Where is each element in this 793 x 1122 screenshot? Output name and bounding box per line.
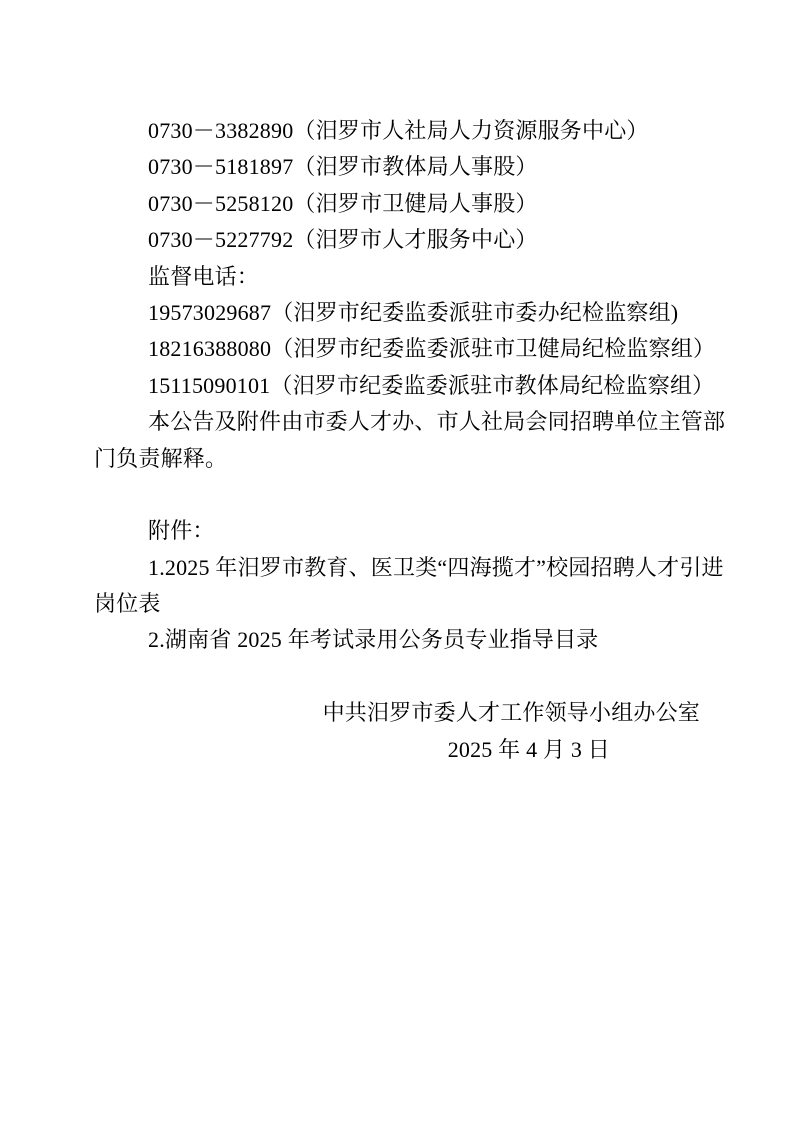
interpretation-note-line1: 本公告及附件由市委人才办、市人社局会同招聘单位主管部 [94,404,700,440]
interpretation-note-line2: 门负责解释。 [94,441,700,477]
supervision-phone-line: 15115090101（汨罗市纪委监委派驻市教体局纪检监察组） [94,368,700,404]
attachments-label: 附件： [94,513,700,549]
contact-phone-line: 0730－5258120（汨罗市卫健局人事股） [94,186,700,222]
blank-line [94,659,700,695]
attachment-item1-line2: 岗位表 [94,586,700,622]
document-page: 0730－3382890（汨罗市人社局人力资源服务中心） 0730－518189… [0,0,793,1122]
supervision-phone-line: 18216388080（汨罗市纪委监委派驻市卫健局纪检监察组） [94,331,700,367]
signature-organization: 中共汨罗市委人才工作领导小组办公室 [94,695,700,731]
signature-date: 2025 年 4 月 3 日 [94,732,700,768]
contact-phone-line: 0730－5181897（汨罗市教体局人事股） [94,149,700,185]
document-content: 0730－3382890（汨罗市人社局人力资源服务中心） 0730－518189… [94,113,700,768]
blank-line [94,477,700,513]
contact-phone-line: 0730－3382890（汨罗市人社局人力资源服务中心） [94,113,700,149]
attachment-item1-line1: 1.2025 年汨罗市教育、医卫类“四海揽才”校园招聘人才引进 [94,550,700,586]
supervision-phone-line: 19573029687（汨罗市纪委监委派驻市委办纪检监察组) [94,295,700,331]
attachment-item2: 2.湖南省 2025 年考试录用公务员专业指导目录 [94,622,700,658]
contact-phone-line: 0730－5227792（汨罗市人才服务中心） [94,222,700,258]
supervision-phone-label: 监督电话： [94,259,700,295]
